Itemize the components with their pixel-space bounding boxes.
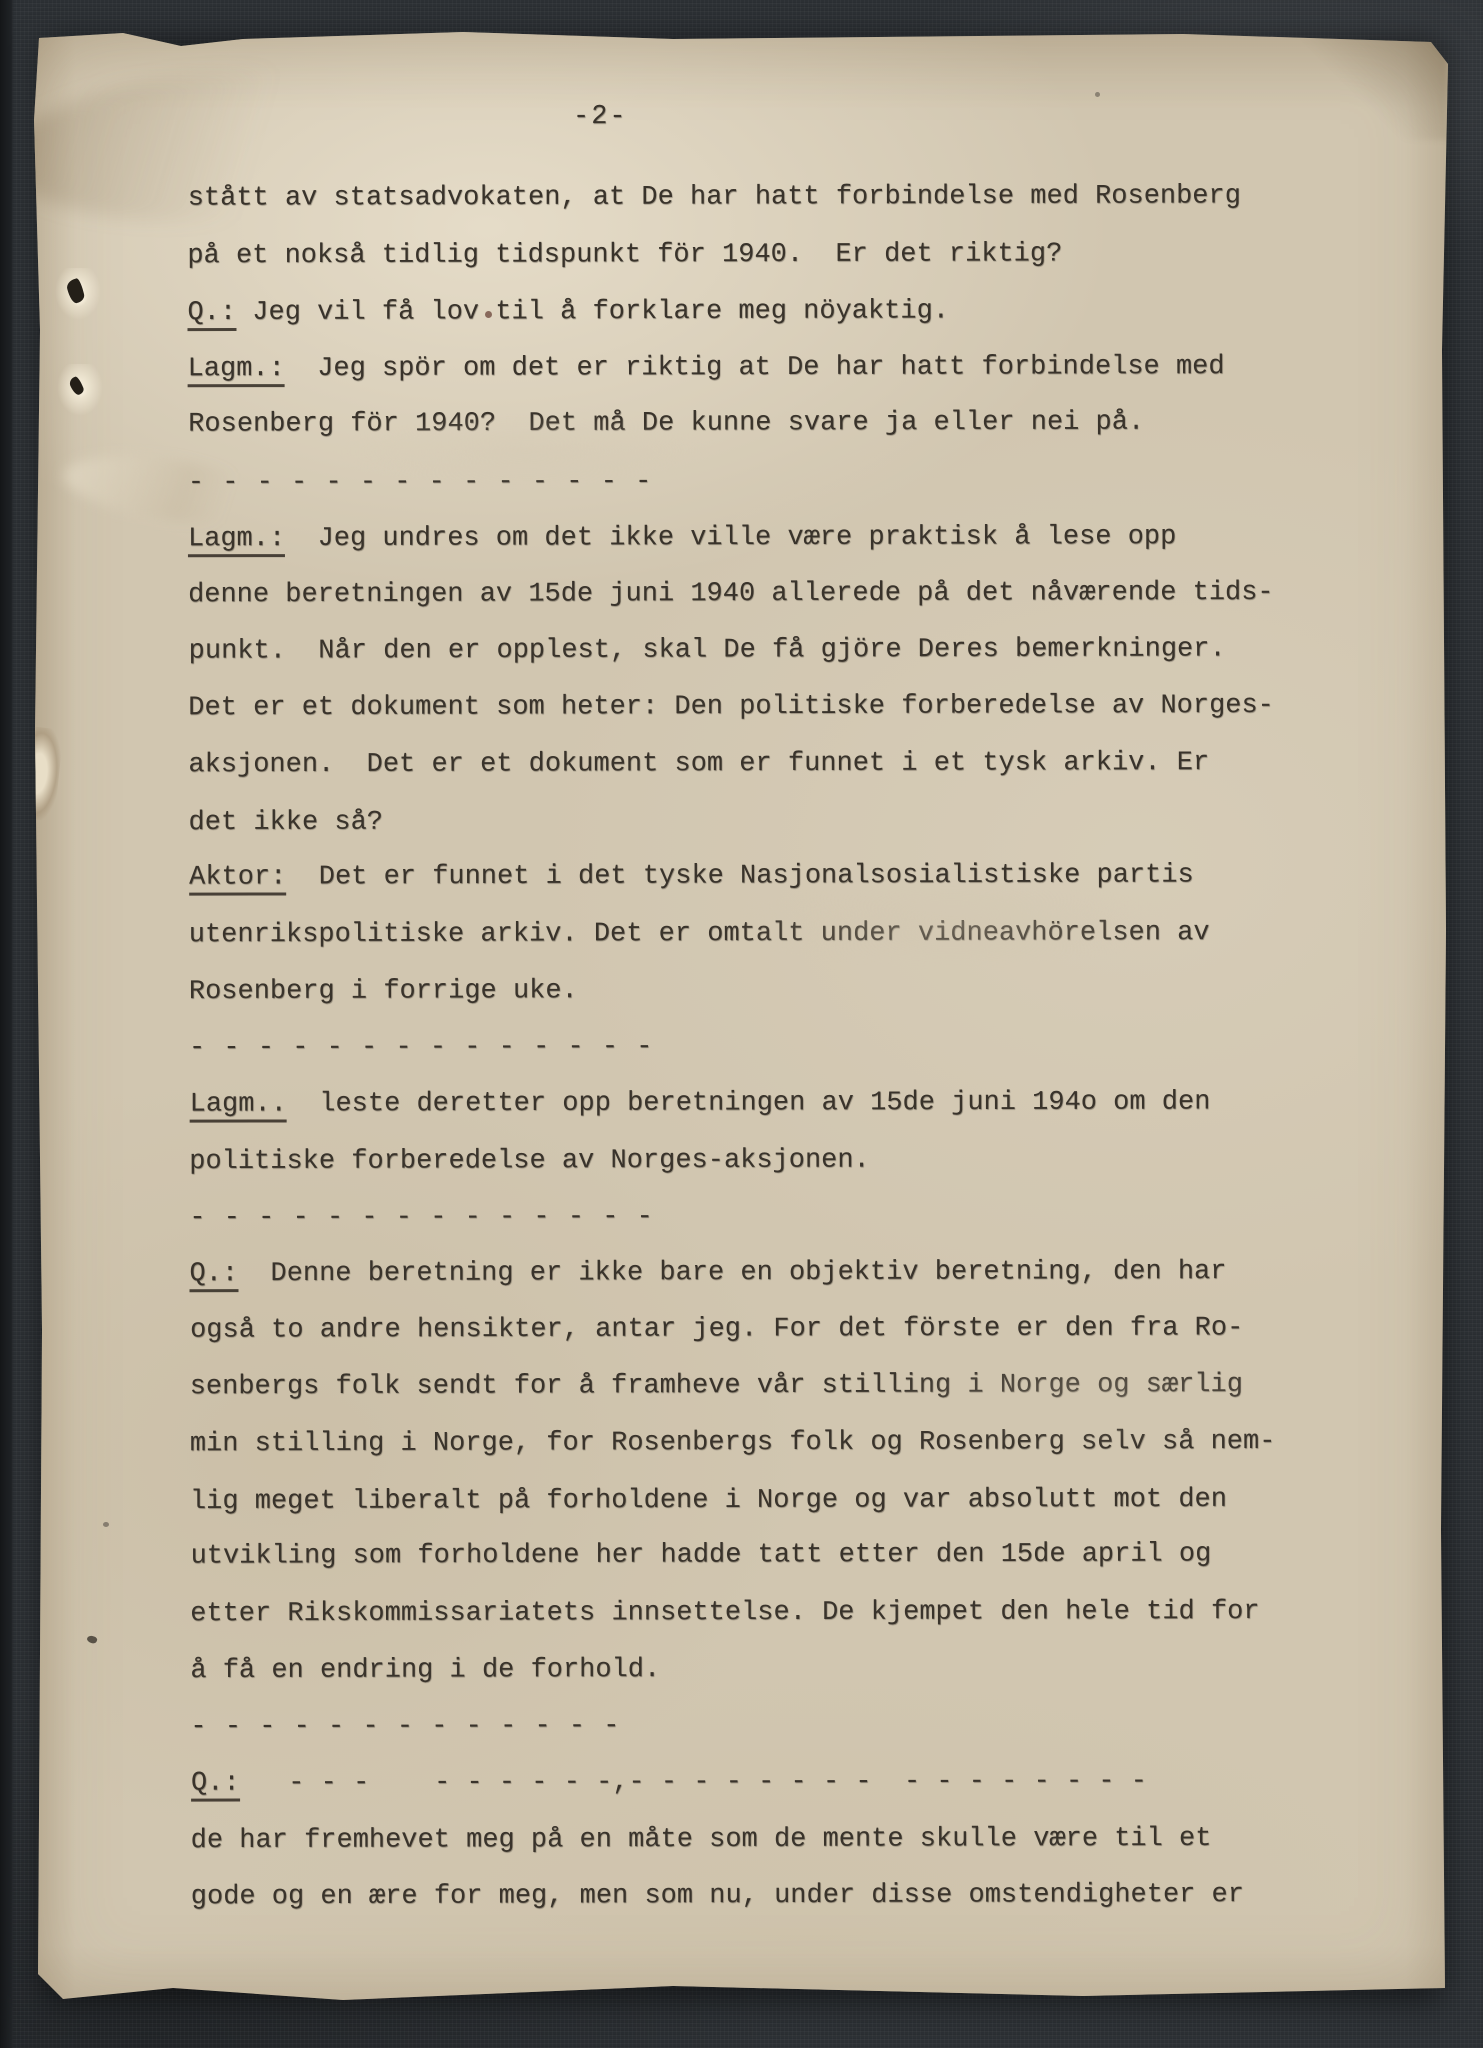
separator-dashes: - - - - - - - - - - - - - bbox=[190, 1711, 620, 1742]
document-line: å få en endring i de forhold. bbox=[190, 1641, 1400, 1700]
line-text: denne beretningen av 15de juni 1940 alle… bbox=[188, 578, 1274, 610]
document-line: Q.: Jeg vil få lov til å forklare meg nö… bbox=[187, 283, 1397, 342]
separator-line: - - - - - - - - - - - - - bbox=[190, 1697, 1400, 1756]
line-text: leste deretter opp beretningen av 15de j… bbox=[287, 1087, 1211, 1119]
document-line: stått av statsadvokaten, at De har hatt … bbox=[188, 168, 1398, 227]
document-line: Q.: Denne beretning er ikke bare en obje… bbox=[189, 1244, 1399, 1303]
line-text: å få en endring i de forhold. bbox=[190, 1656, 660, 1687]
speaker-label: Q.: bbox=[191, 1768, 240, 1801]
document-line: aksjonen. Det er et dokument som er funn… bbox=[188, 735, 1398, 794]
speaker-label: Aktor: bbox=[189, 863, 286, 896]
line-text: Rosenberg för 1940? Det må De kunne svar… bbox=[188, 408, 1144, 440]
line-text: Det er et dokument som heter: Den politi… bbox=[188, 691, 1274, 723]
line-text: politiske forberedelse av Norges-aksjone… bbox=[189, 1146, 870, 1177]
paper-fold bbox=[1298, 30, 1448, 140]
line-text: utvikling som forholdene her hadde tatt … bbox=[191, 1540, 1212, 1572]
speaker-label: Q.: bbox=[187, 298, 236, 331]
scanned-document: -2- stått av statsadvokaten, at De har h… bbox=[0, 0, 1483, 2048]
document-line: punkt. Når den er opplest, skal De få gj… bbox=[189, 621, 1399, 680]
speaker-label: Lagm.: bbox=[188, 524, 285, 557]
document-line: Aktor: Det er funnet i det tyske Nasjona… bbox=[189, 847, 1399, 906]
line-text: Denne beretning er ikke bare en objektiv… bbox=[238, 1257, 1226, 1289]
document-line: utenrikspolitiske arkiv. Det er omtalt u… bbox=[189, 904, 1399, 963]
document-page: -2- stått av statsadvokaten, at De har h… bbox=[33, 30, 1448, 2005]
document-line: det ikke så? bbox=[188, 792, 1398, 851]
page-number: -2- bbox=[573, 102, 628, 132]
line-text: de har fremhevet meg på en måte som de m… bbox=[191, 1824, 1212, 1856]
document-line: Q.: - - - - - - - - -,- - - - - - - - - … bbox=[191, 1753, 1401, 1812]
document-line: de har fremhevet meg på en måte som de m… bbox=[191, 1811, 1401, 1870]
separator-dashes: - - - - - - - - - - - - - - bbox=[189, 1032, 654, 1063]
document-line: Lagm.: Jeg undres om det ikke ville være… bbox=[188, 508, 1398, 567]
document-line: Lagm.: Jeg spör om det er riktig at De h… bbox=[188, 339, 1398, 398]
document-line: på et nokså tidlig tidspunkt för 1940. E… bbox=[187, 225, 1397, 284]
ink-speck bbox=[86, 1635, 98, 1645]
line-text: utenrikspolitiske arkiv. Det er omtalt u… bbox=[189, 918, 1210, 950]
document-line: også to andre hensikter, antar jeg. For … bbox=[190, 1300, 1400, 1359]
document-line: gode og en ære for meg, men som nu, unde… bbox=[191, 1867, 1401, 1926]
speaker-label: Lagm.. bbox=[190, 1089, 287, 1122]
line-text: Jeg vil få lov til å forklare meg nöyakt… bbox=[236, 297, 949, 328]
separator-line: - - - - - - - - - - - - - - bbox=[189, 1018, 1399, 1077]
paper-tear bbox=[24, 727, 63, 822]
speaker-label: Q.: bbox=[189, 1259, 238, 1292]
line-text: på et nokså tidlig tidspunkt för 1940. E… bbox=[187, 239, 1062, 271]
line-text: senbergs folk sendt for å framheve vår s… bbox=[190, 1371, 1243, 1403]
document-text: stått av statsadvokaten, at De har hatt … bbox=[187, 169, 1401, 1926]
speaker-label: Lagm.: bbox=[188, 354, 285, 387]
line-text: også to andre hensikter, antar jeg. For … bbox=[190, 1313, 1243, 1345]
paper-hole bbox=[55, 268, 101, 320]
paper-hole bbox=[57, 364, 103, 416]
line-text: - - - - - - - - -,- - - - - - - - - - - … bbox=[240, 1766, 1147, 1798]
line-text: det ikke så? bbox=[188, 807, 382, 837]
separator-line: - - - - - - - - - - - - - - bbox=[188, 453, 1398, 512]
line-text: lig meget liberalt på forholdene i Norge… bbox=[190, 1485, 1227, 1517]
ink-speck bbox=[103, 1522, 109, 1527]
document-line: Det er et dokument som heter: Den politi… bbox=[188, 678, 1398, 737]
separator-line: - - - - - - - - - - - - - - bbox=[189, 1187, 1399, 1246]
line-text: Det er funnet i det tyske Nasjonalsosial… bbox=[286, 861, 1193, 893]
document-line: Lagm.. leste deretter opp beretningen av… bbox=[190, 1074, 1400, 1133]
line-text: aksjonen. Det er et dokument som er funn… bbox=[188, 748, 1209, 780]
document-line: utvikling som forholdene her hadde tatt … bbox=[191, 1526, 1401, 1585]
line-text: gode og en ære for meg, men som nu, unde… bbox=[191, 1880, 1244, 1912]
document-line: lig meget liberalt på forholdene i Norge… bbox=[190, 1471, 1400, 1530]
document-line: Rosenberg för 1940? Det må De kunne svar… bbox=[188, 395, 1398, 454]
document-line: senbergs folk sendt for å framheve vår s… bbox=[190, 1357, 1400, 1416]
line-text: Rosenberg i forrige uke. bbox=[189, 977, 578, 1008]
separator-dashes: - - - - - - - - - - - - - - bbox=[188, 467, 653, 498]
document-line: denne beretningen av 15de juni 1940 alle… bbox=[188, 565, 1398, 624]
line-text: Jeg undres om det ikke ville være prakti… bbox=[285, 522, 1176, 554]
document-line: etter Rikskommissariatets innsettelse. D… bbox=[190, 1584, 1400, 1643]
document-line: min stilling i Norge, for Rosenbergs fol… bbox=[190, 1414, 1400, 1473]
line-text: punkt. Når den er opplest, skal De få gj… bbox=[189, 634, 1226, 666]
line-text: etter Rikskommissariatets innsettelse. D… bbox=[190, 1597, 1259, 1629]
document-line: politiske forberedelse av Norges-aksjone… bbox=[189, 1132, 1399, 1191]
separator-dashes: - - - - - - - - - - - - - - bbox=[189, 1202, 654, 1233]
line-text: Jeg spör om det er riktig at De har hatt… bbox=[285, 352, 1225, 384]
line-text: stått av statsadvokaten, at De har hatt … bbox=[188, 181, 1241, 213]
line-text: min stilling i Norge, for Rosenbergs fol… bbox=[190, 1427, 1276, 1459]
document-line: Rosenberg i forrige uke. bbox=[189, 962, 1399, 1021]
ink-speck bbox=[1095, 92, 1100, 97]
